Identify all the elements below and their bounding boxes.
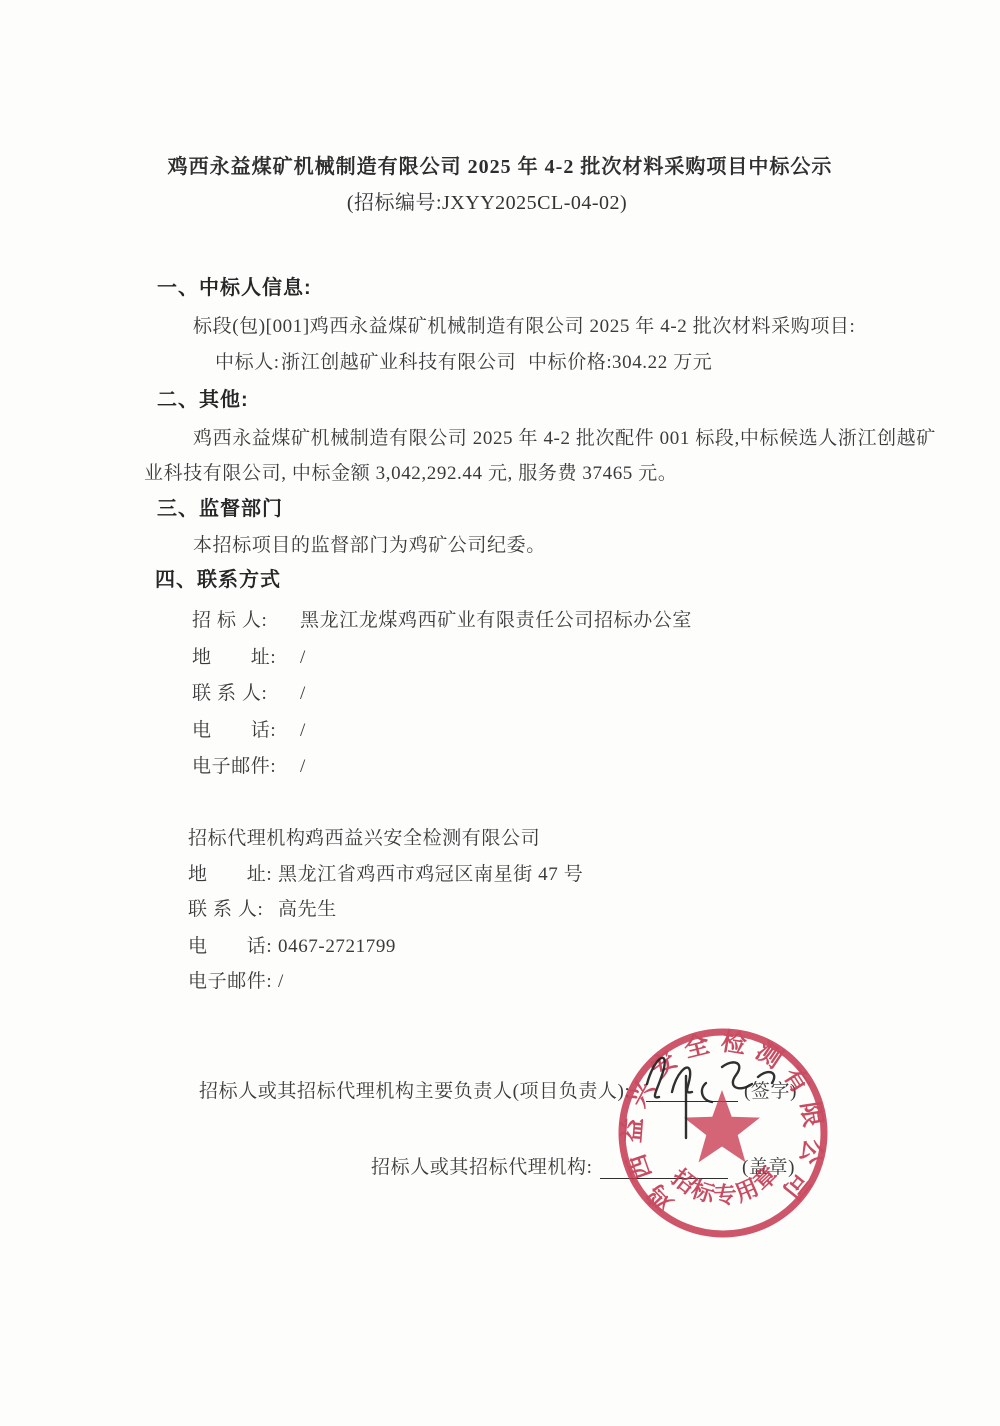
price-label: 中标价格: bbox=[528, 351, 612, 375]
seal-bottom-text: 招标专用章 bbox=[667, 1160, 784, 1209]
responsible-person-line-label: 招标人或其招标代理机构主要负责人(项目负责人): bbox=[199, 1080, 630, 1104]
supervision-paragraph: 本招标项目的监督部门为鸡矿公司纪委。 bbox=[193, 534, 546, 558]
tenderer-row-value: / bbox=[300, 719, 306, 743]
agency-row-label: 电 话: bbox=[188, 935, 272, 959]
tenderer-row-label: 联 系 人: bbox=[192, 682, 267, 706]
tenderer-row-label: 地 址: bbox=[192, 646, 276, 670]
price-value: 304.22 万元 bbox=[612, 351, 712, 375]
tenderer-row-value: / bbox=[300, 646, 306, 670]
agency-row-value: 0467-2721799 bbox=[278, 935, 396, 959]
section-2-heading: 二、其他: bbox=[157, 388, 249, 413]
other-paragraph-line-1: 鸡西永益煤矿机械制造有限公司 2025 年 4-2 批次配件 001 标段,中标… bbox=[193, 427, 936, 451]
section-3-heading: 三、监督部门 bbox=[157, 497, 283, 522]
agency-row-value: 鸡西益兴安全检测有限公司 bbox=[305, 827, 540, 851]
agency-row-label: 联 系 人: bbox=[188, 898, 263, 922]
handwritten-signature bbox=[598, 1036, 830, 1148]
tenderer-row-label: 招 标 人: bbox=[192, 609, 267, 633]
agency-row-label: 招标代理机构: bbox=[188, 827, 311, 851]
winner-value: 浙江创越矿业科技有限公司 bbox=[281, 351, 516, 375]
tenderer-row-value: 黑龙江龙煤鸡西矿业有限责任公司招标办公室 bbox=[300, 609, 692, 633]
page-title: 鸡西永益煤矿机械制造有限公司 2025 年 4-2 批次材料采购项目中标公示 bbox=[0, 155, 1000, 180]
section-1-heading: 一、中标人信息: bbox=[157, 276, 312, 301]
agency-row-label: 地 址: bbox=[188, 863, 272, 887]
agency-row-value: / bbox=[278, 970, 284, 994]
agency-signature-line-label: 招标人或其招标代理机构: bbox=[371, 1156, 592, 1180]
lot-line: 标段(包)[001]鸡西永益煤矿机械制造有限公司 2025 年 4-2 批次材料… bbox=[193, 315, 855, 339]
tenderer-row-label: 电子邮件: bbox=[192, 755, 276, 779]
section-4-heading: 四、联系方式 bbox=[155, 568, 281, 593]
other-paragraph-line-2: 业科技有限公司, 中标金额 3,042,292.44 元, 服务费 37465 … bbox=[144, 462, 677, 486]
bid-number: (招标编号:JXYY2025CL-04-02) bbox=[0, 191, 987, 216]
agency-row-value: 高先生 bbox=[278, 898, 337, 922]
tenderer-row-value: / bbox=[300, 682, 306, 706]
document-page: 鸡西永益煤矿机械制造有限公司 2025 年 4-2 批次材料采购项目中标公示 (… bbox=[0, 0, 1000, 1426]
winner-label: 中标人: bbox=[215, 351, 280, 375]
agency-row-label: 电子邮件: bbox=[188, 970, 272, 994]
tenderer-row-label: 电 话: bbox=[192, 719, 276, 743]
tenderer-row-value: / bbox=[300, 755, 306, 779]
agency-row-value: 黑龙江省鸡西市鸡冠区南星街 47 号 bbox=[278, 863, 583, 887]
